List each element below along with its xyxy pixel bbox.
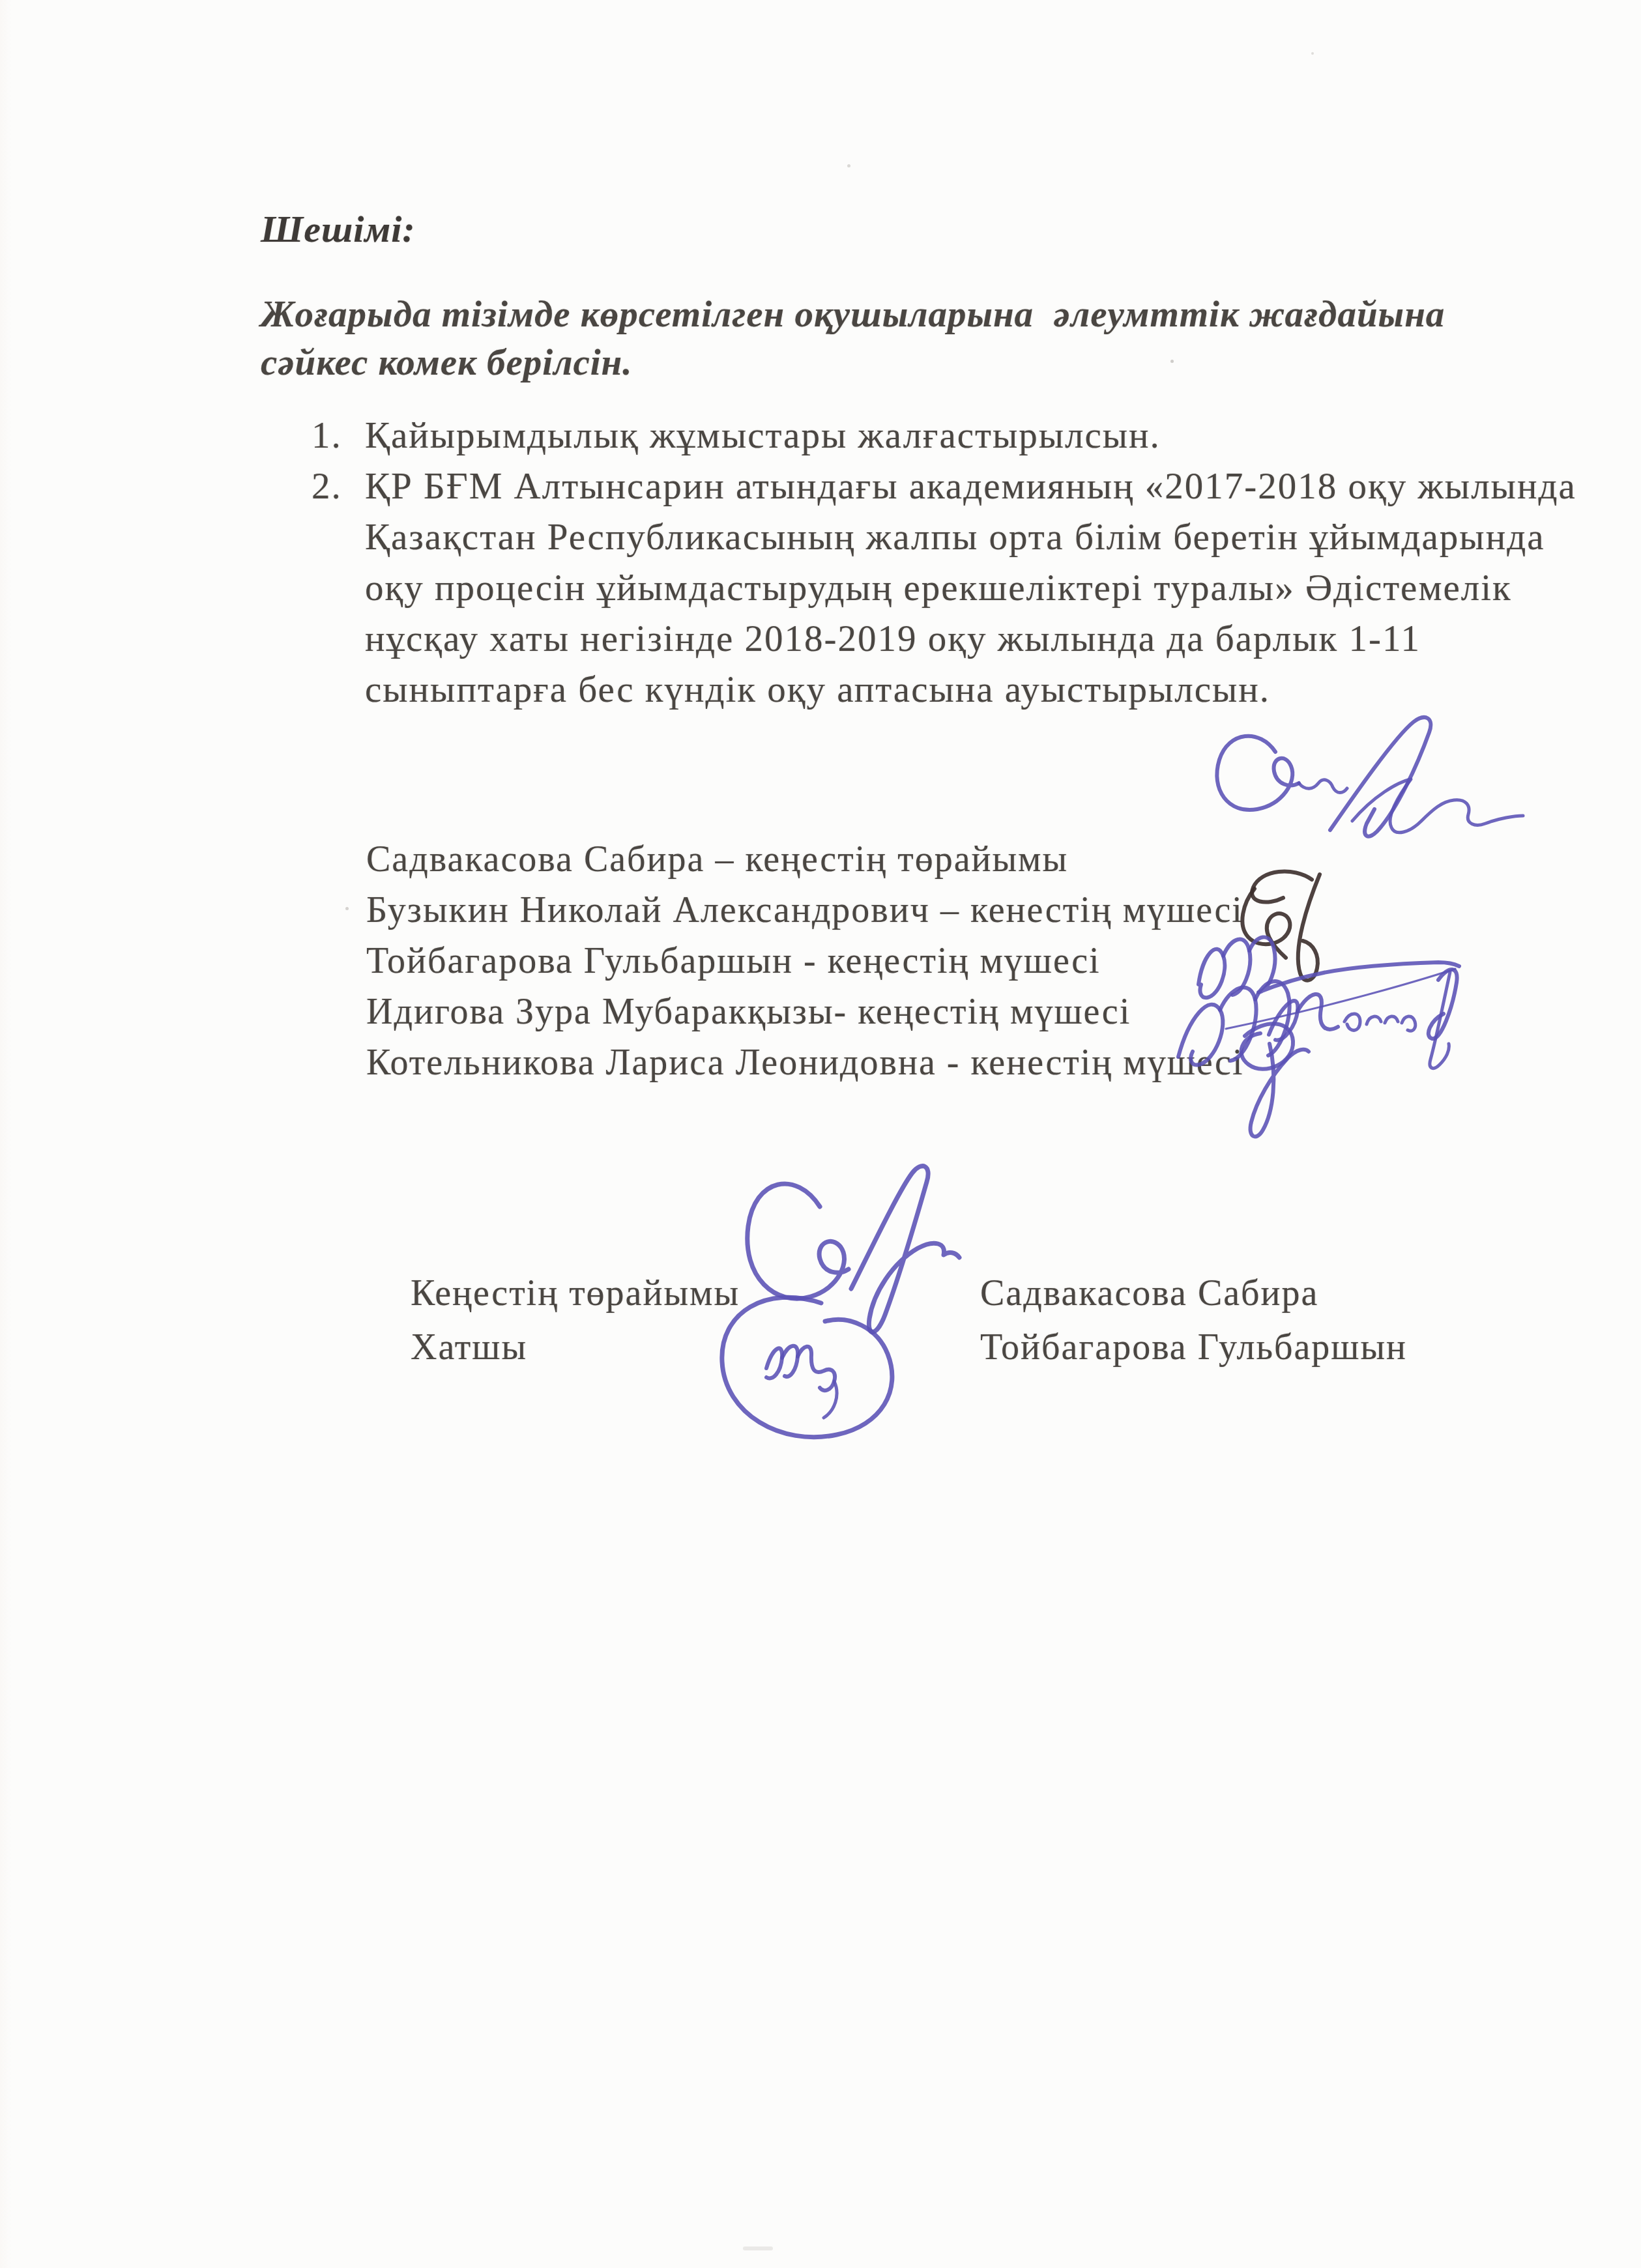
signoff-name: Садвакасова Сабира (980, 1267, 1318, 1321)
scan-artifact (345, 907, 349, 910)
list-item-line: Қазақстан Республикасының жалпы орта біл… (365, 512, 1576, 563)
list-item-line: сыныптарға бес күндік оқу аптасына ауыст… (365, 665, 1576, 715)
council-member-line: Бузыкин Николай Александрович – кенестің… (366, 885, 1243, 936)
list-item-line: ҚР БҒМ Алтынсарин атындағы академияның «… (365, 461, 1576, 512)
scan-artifact (1170, 360, 1174, 363)
signoff-role: Кеңестің төрайымы (411, 1267, 980, 1321)
council-member-line: Тойбагарова Гульбаршын - кеңестің мүшесі (366, 936, 1243, 986)
list-item-line: Қайырымдылық жұмыстары жалғастырылсын. (365, 410, 1161, 461)
list-item: 2. ҚР БҒМ Алтынсарин атындағы академияны… (312, 461, 1576, 715)
statement-line: Жоғарыда тізімде көрсетілген оқушыларына… (261, 291, 1445, 339)
decision-heading: Шешімі: (261, 207, 416, 251)
signature-sadvakasova-top (1202, 711, 1528, 887)
scanned-document-page: Шешімі: Жоғарыда тізімде көрсетілген оқу… (0, 0, 1641, 2268)
list-item-text: ҚР БҒМ Алтынсарин атындағы академияның «… (365, 461, 1576, 715)
decision-list: 1. Қайырымдылық жұмыстары жалғастырылсын… (312, 410, 1576, 715)
signoff-row: Кеңестің төрайымы Садвакасова Сабира (411, 1267, 1407, 1321)
signoff-role: Хатшы (411, 1321, 980, 1375)
council-member-line: Садвакасова Сабира – кеңестің төрайымы (366, 834, 1243, 885)
list-item-text: Қайырымдылық жұмыстары жалғастырылсын. (365, 410, 1161, 461)
council-members-list: Садвакасова Сабира – кеңестің төрайымы Б… (366, 834, 1243, 1088)
signoff-name: Тойбагарова Гульбаршын (980, 1321, 1407, 1375)
signoff-block: Кеңестің төрайымы Садвакасова Сабира Хат… (411, 1267, 1407, 1375)
list-item-line: оқу процесін ұйымдастырудың ерекшеліктер… (365, 563, 1576, 614)
list-item-number: 1. (312, 410, 365, 461)
signature-kotelnikova (1255, 956, 1476, 1087)
council-member-line: Котельникова Лариса Леонидовна - кенесті… (366, 1037, 1243, 1088)
scan-artifact (847, 164, 850, 167)
decision-statement: Жоғарыда тізімде көрсетілген оқушыларына… (261, 291, 1445, 387)
statement-line: сәйкес комек берілсін. (261, 339, 1445, 387)
scan-artifact (1311, 52, 1314, 55)
council-member-line: Идигова Зура Мубаракқызы- кеңестің мүшес… (366, 986, 1243, 1037)
scan-artifact (743, 2246, 773, 2250)
list-item-number: 2. (312, 461, 365, 512)
list-item: 1. Қайырымдылық жұмыстары жалғастырылсын… (312, 410, 1576, 461)
signoff-row: Хатшы Тойбагарова Гульбаршын (411, 1321, 1407, 1375)
list-item-line: нұсқау хаты негізінде 2018-2019 оқу жылы… (365, 614, 1576, 665)
